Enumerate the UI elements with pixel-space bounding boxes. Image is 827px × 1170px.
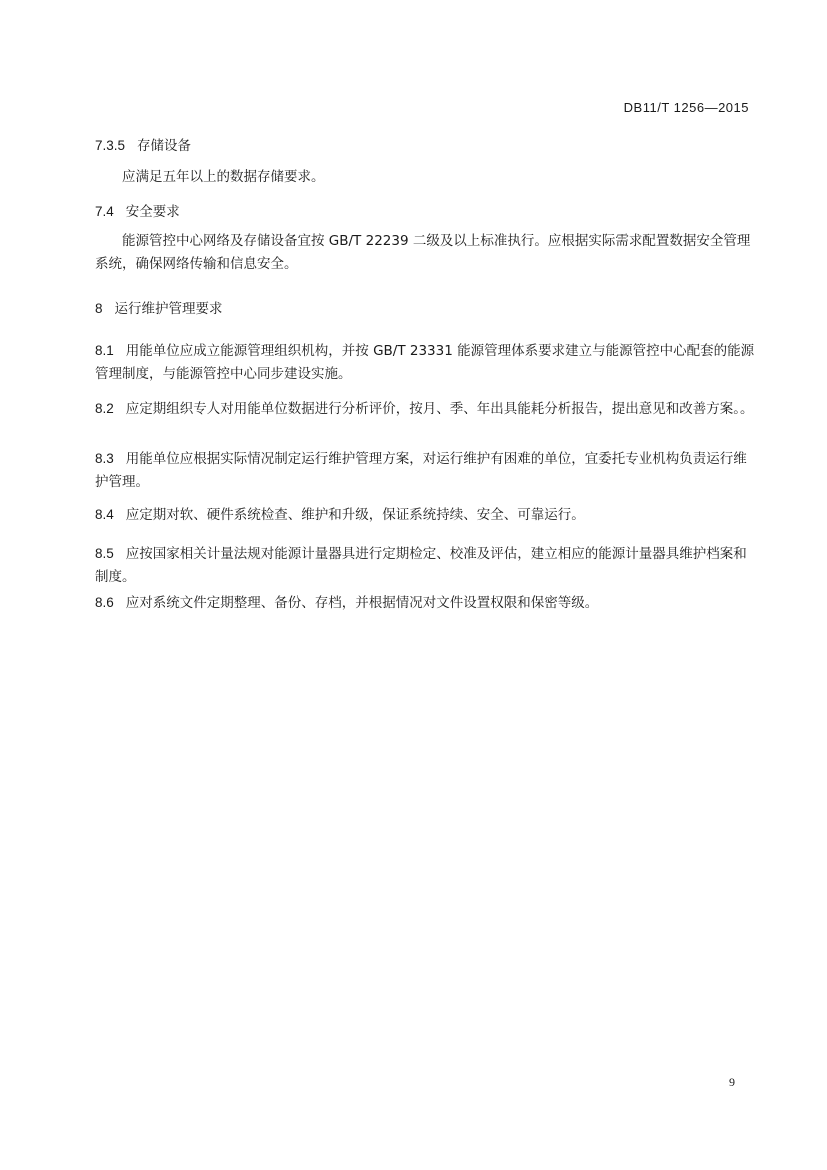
section-body-7-4: 能源管控中心网络及存储设备宜按 GB/T 22239 二级及以上标准执行。应根据… <box>95 230 755 276</box>
clause-text: 应定期组织专人对用能单位数据进行分析评价，按月、季、年出具能耗分析报告，提出意见… <box>126 401 754 417</box>
clause-number: 8.1 <box>95 339 114 362</box>
chapter-number: 8 <box>95 297 103 320</box>
section-number: 7.4 <box>95 200 114 223</box>
standard-code: DB11/T 1256—2015 <box>624 100 749 115</box>
clause-number: 8.4 <box>95 503 114 526</box>
clause-8-5: 8.5应按国家相关计量法规对能源计量器具进行定期检定、校准及评估，建立相应的能源… <box>95 542 755 589</box>
clause-number: 8.3 <box>95 447 114 470</box>
section-title: 安全要求 <box>126 204 180 220</box>
clause-text: 应对系统文件定期整理、备份、存档，并根据情况对文件设置权限和保密等级。 <box>126 595 599 611</box>
section-title: 存储设备 <box>137 138 191 154</box>
clause-8-4: 8.4应定期对软、硬件系统检查、维护和升级，保证系统持续、安全、可靠运行。 <box>95 503 755 527</box>
page-number: 9 <box>729 1075 735 1090</box>
section-body-7-3-5: 应满足五年以上的数据存储要求。 <box>95 166 755 189</box>
section-heading-7-3-5: 7.3.5存储设备 <box>95 134 755 158</box>
clause-number: 8.6 <box>95 591 114 614</box>
clause-text: 用能单位应根据实际情况制定运行维护管理方案，对运行维护有困难的单位，宜委托专业机… <box>95 451 747 490</box>
clause-text: 应定期对软、硬件系统检查、维护和升级，保证系统持续、安全、可靠运行。 <box>126 507 585 523</box>
clause-text: 用能单位应成立能源管理组织机构，并按 GB/T 23331 能源管理体系要求建立… <box>95 343 754 382</box>
section-number: 7.3.5 <box>95 134 125 157</box>
chapter-title: 运行维护管理要求 <box>115 301 223 317</box>
section-heading-7-4: 7.4安全要求 <box>95 200 755 224</box>
clause-number: 8.2 <box>95 397 114 420</box>
clause-number: 8.5 <box>95 542 114 565</box>
clause-8-6: 8.6应对系统文件定期整理、备份、存档，并根据情况对文件设置权限和保密等级。 <box>95 591 755 615</box>
chapter-heading-8: 8运行维护管理要求 <box>95 297 755 321</box>
clause-text: 应按国家相关计量法规对能源计量器具进行定期检定、校准及评估，建立相应的能源计量器… <box>95 546 747 585</box>
clause-8-2: 8.2应定期组织专人对用能单位数据进行分析评价，按月、季、年出具能耗分析报告，提… <box>95 397 755 421</box>
clause-8-1: 8.1用能单位应成立能源管理组织机构，并按 GB/T 23331 能源管理体系要… <box>95 339 755 386</box>
clause-8-3: 8.3用能单位应根据实际情况制定运行维护管理方案，对运行维护有困难的单位，宜委托… <box>95 447 755 494</box>
